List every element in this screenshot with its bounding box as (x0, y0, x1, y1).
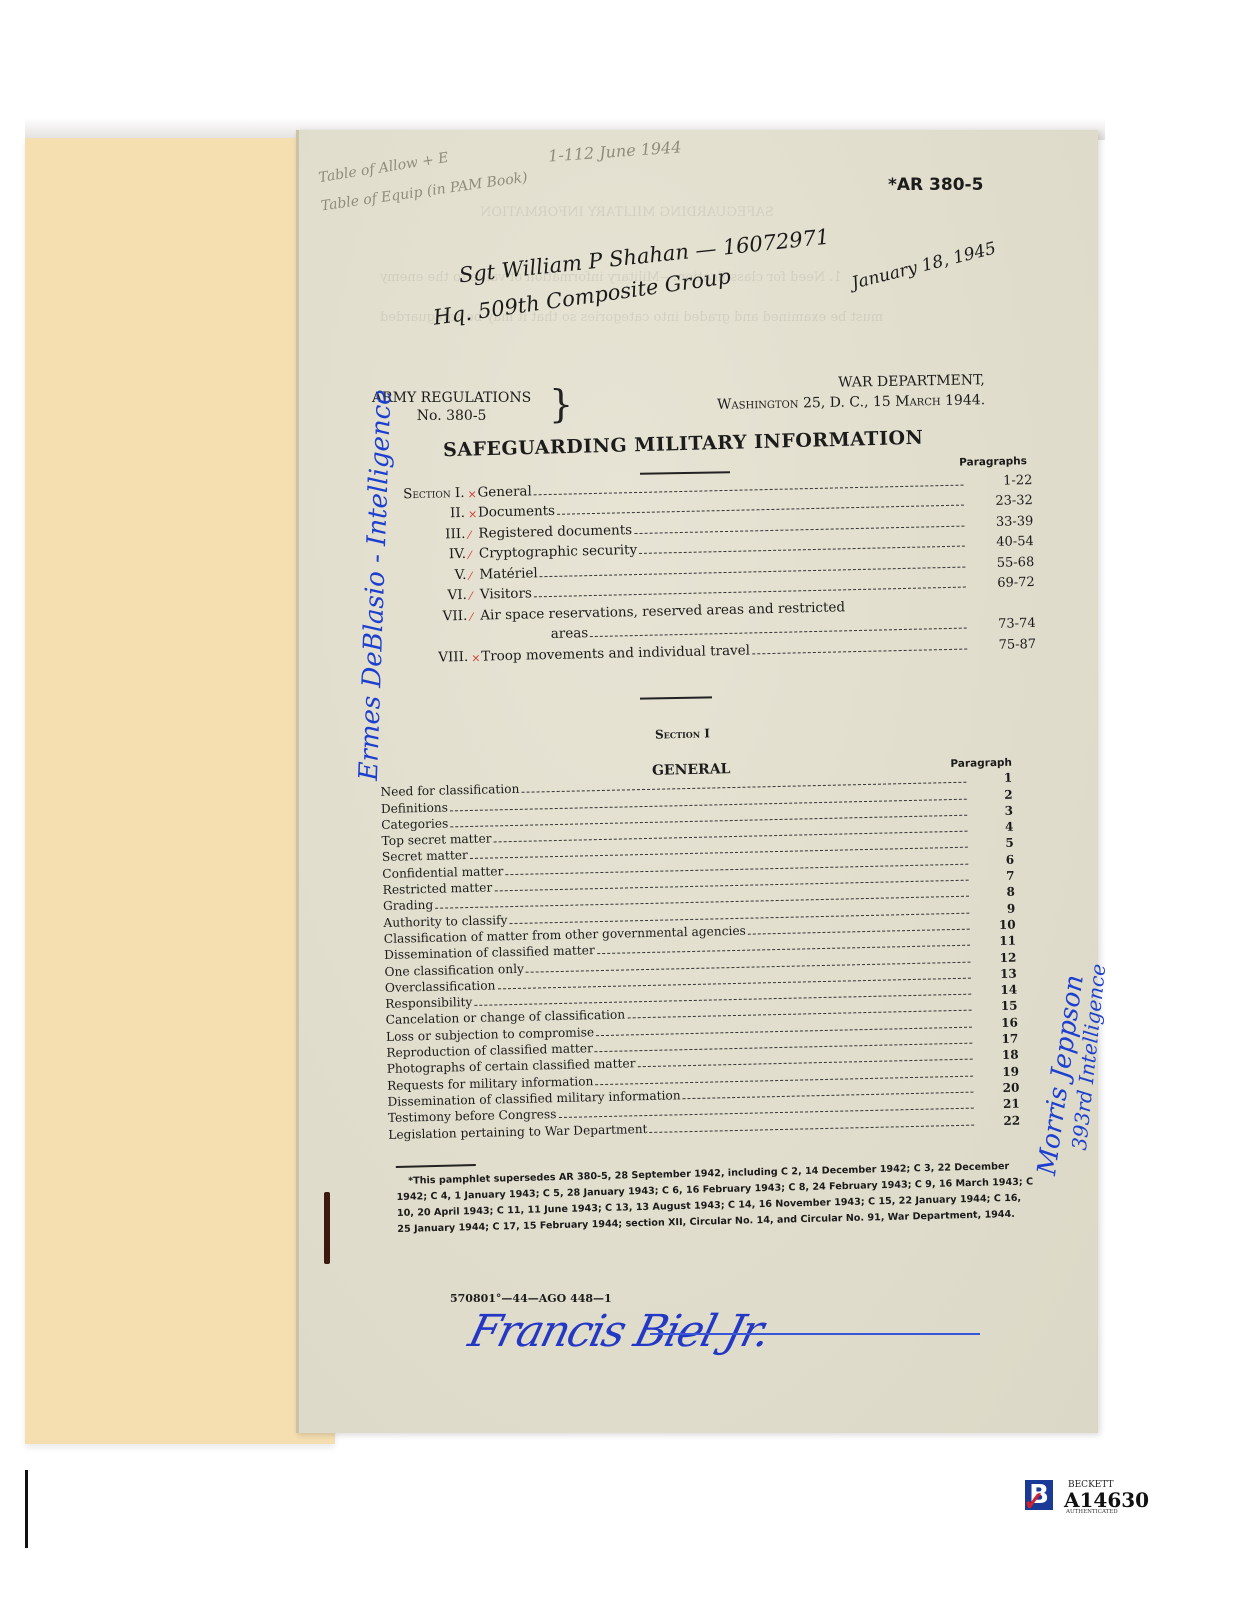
booklet-cover (25, 138, 335, 1444)
paragraph-title: Authority to classify (383, 913, 507, 930)
paragraph-number: 17 (980, 1032, 1018, 1047)
bottom-signature: Francis Biel Jr. (464, 1306, 774, 1357)
toc-section-title: Matériel (479, 565, 538, 582)
paragraph-title: Categories (381, 816, 448, 832)
checkmark-icon: ✓ (1023, 1487, 1045, 1517)
paragraph-number: 13 (979, 966, 1017, 981)
table-of-contents: Paragraphs Section I.×General1-22II.×Doc… (372, 455, 1036, 666)
issuer-block: WAR DEPARTMENT, Washington 25, D. C., 15… (663, 370, 986, 416)
paragraph-number: 4 (975, 820, 1013, 835)
paragraph-title: Overclassification (385, 978, 496, 995)
check-mark-icon: ⁄ (469, 549, 479, 562)
sticker-status: AUTHENTICATED (1066, 1509, 1118, 1515)
toc-paragraph-range: 55-68 (969, 555, 1034, 571)
paragraph-title: Restricted matter (383, 881, 493, 897)
paragraph-number: 14 (979, 983, 1017, 998)
paragraph-title: Confidential matter (382, 864, 503, 881)
signature-flourish (650, 1333, 980, 1335)
section-heading: Section I (655, 726, 710, 741)
paragraph-title: Definitions (381, 800, 448, 816)
paragraph-number: 21 (982, 1097, 1020, 1112)
toc-paragraph-range: 75-87 (971, 636, 1036, 652)
page-edge (296, 130, 299, 1433)
paragraph-title: Top secret matter (381, 832, 491, 848)
paragraph-number: 22 (982, 1113, 1020, 1128)
check-mark-icon: ⁄ (470, 610, 480, 623)
paragraph-number: 1 (974, 771, 1012, 786)
paragraph-number: 9 (977, 901, 1015, 916)
paragraph-number: 5 (976, 836, 1014, 851)
dot-leader (752, 648, 967, 654)
paragraph-number: 3 (975, 804, 1013, 819)
bleed-through-text: SAFEGUARDING MILITARY INFORMATION (480, 205, 774, 220)
check-mark-icon: × (471, 651, 481, 664)
paragraph-number: 16 (980, 1015, 1018, 1030)
brace-glyph: } (549, 382, 573, 426)
toc-section-numeral: VIII. (376, 648, 471, 666)
check-mark-icon: ⁄ (468, 528, 478, 541)
print-code: 570801°—44—AGO 448—1 (450, 1292, 612, 1305)
toc-section-title: Documents (478, 503, 555, 521)
toc-section-title: General (477, 483, 532, 500)
paragraph-number: 12 (978, 950, 1016, 965)
toc-paragraph-range: 1-22 (967, 473, 1032, 489)
paragraph-title: Secret matter (382, 849, 468, 865)
paragraph-number: 2 (975, 787, 1013, 802)
paragraph-number: 19 (981, 1064, 1019, 1079)
paragraph-number: 15 (979, 999, 1017, 1014)
check-mark-icon: ⁄ (469, 569, 479, 582)
toc-paragraph-range: 40-54 (969, 534, 1034, 550)
check-mark-icon: × (467, 487, 477, 500)
toc-paragraph-range: 69-72 (970, 575, 1035, 591)
scale-mark (25, 1470, 28, 1548)
regulation-code: *AR 380-5 (888, 175, 983, 195)
binding-staple (324, 1192, 330, 1264)
toc-paragraph-range: 33-39 (968, 514, 1033, 530)
toc-paragraph-range: 23-32 (968, 493, 1033, 509)
paragraph-number: 7 (976, 869, 1014, 884)
check-mark-icon: ⁄ (470, 590, 480, 603)
toc-paragraph-range: 73-74 (970, 616, 1035, 632)
paragraph-number: 10 (977, 918, 1015, 933)
paragraph-number: 20 (981, 1081, 1019, 1096)
toc-section-title: areas (481, 625, 589, 643)
check-mark-icon: × (468, 508, 478, 521)
toc-section-title: Visitors (480, 585, 532, 602)
paragraph-title: Responsibility (385, 995, 472, 1011)
paragraph-number: 8 (977, 885, 1015, 900)
paragraph-number: 11 (978, 934, 1016, 949)
paragraph-index: Paragraph Need for classification1Defini… (380, 757, 1020, 1142)
paragraph-title: Grading (383, 898, 433, 913)
paragraph-number: 18 (980, 1048, 1018, 1063)
paragraph-number: 6 (976, 852, 1014, 867)
